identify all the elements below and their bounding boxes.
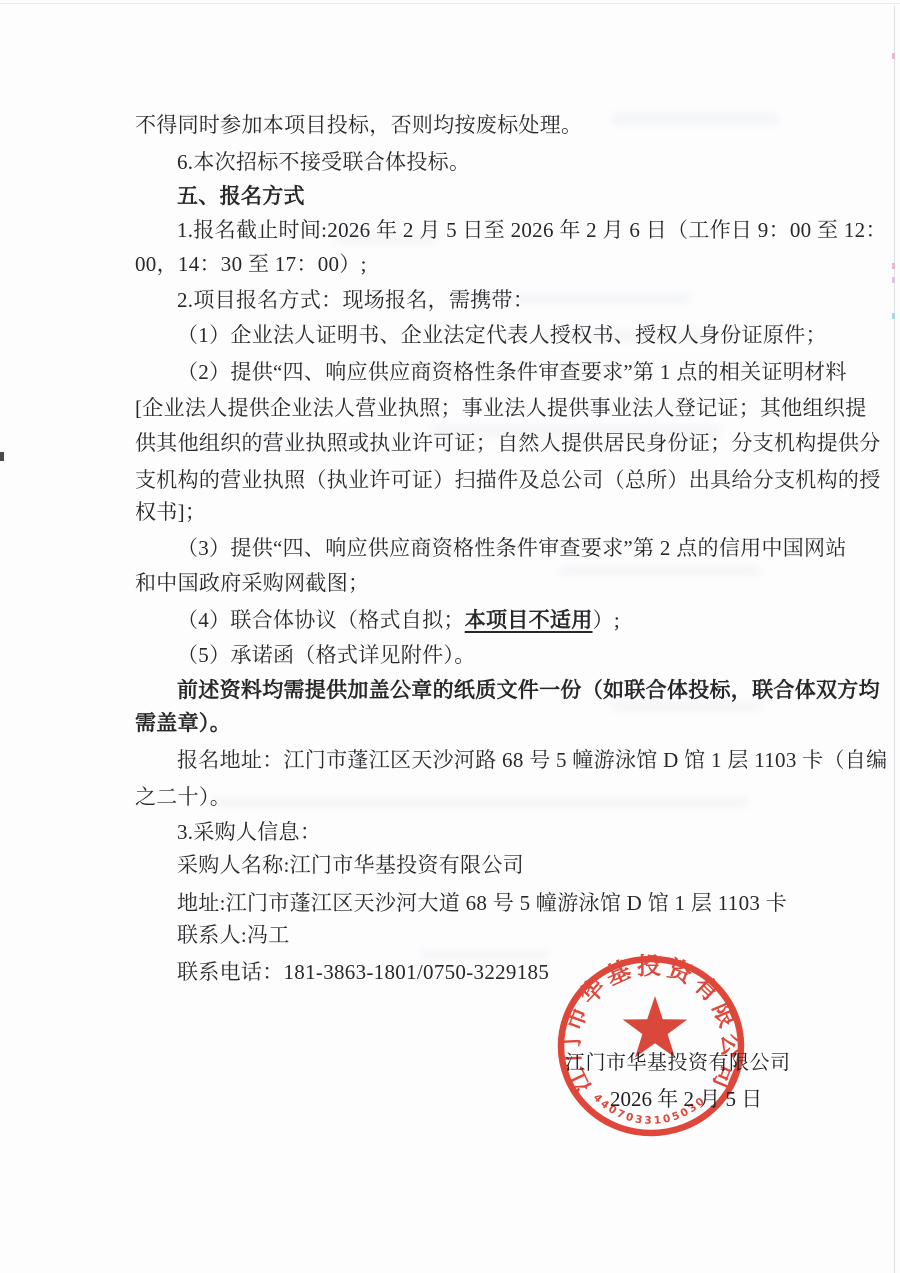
doc-line: 2.项目报名方式：现场报名，需携带： xyxy=(177,283,534,317)
scan-edge-mark xyxy=(892,277,895,283)
doc-line: （2）提供“四、响应供应商资格性条件审查要求”第 1 点的相关证明材料 xyxy=(177,355,847,389)
purchaser-name-line: 采购人名称:江门市华基投资有限公司 xyxy=(177,848,524,882)
doc-line: 权书]； xyxy=(135,495,206,529)
doc-line: （4）联合体协议（格式自拟；本项目不适用）; xyxy=(177,603,620,637)
scan-top-edge xyxy=(0,3,900,4)
doc-line: [企业法人提供企业法人营业执照；事业法人提供事业法人登记证；其他组织提 xyxy=(135,391,867,425)
signature-company: 江门市华基投资有限公司 xyxy=(565,1047,791,1079)
scan-edge-mark xyxy=(892,53,895,59)
document-page: 不得同时参加本项目投标，否则均按废标处理。 6.本次招标不接受联合体投标。 五、… xyxy=(0,0,900,1273)
doc-line: 不得同时参加本项目投标，否则均按废标处理。 xyxy=(135,108,582,142)
doc-line: 需盖章）。 xyxy=(135,706,231,740)
scan-edge-mark xyxy=(892,263,895,269)
doc-line-segment: （4）联合体协议（格式自拟； xyxy=(177,608,465,632)
scan-left-mark xyxy=(0,452,4,461)
scan-right-edge xyxy=(894,6,895,1273)
doc-line: 之二十）。 xyxy=(135,780,231,814)
doc-line: （5）承诺函（格式详见附件）。 xyxy=(177,638,476,672)
doc-line: 3.采购人信息： xyxy=(177,815,321,849)
section-heading: 五、报名方式 xyxy=(177,179,305,213)
company-seal: 江门市华基投资有限公司 4407033105030 xyxy=(551,946,751,1146)
doc-line: 00，14：30 至 17：00）; xyxy=(135,247,367,281)
doc-line: （1）企业法人证明书、企业法定代表人授权书、授权人身份证原件； xyxy=(177,318,827,352)
doc-line: 报名地址：江门市蓬江区天沙河路 68 号 5 幢游泳馆 D 馆 1 层 1103… xyxy=(177,743,887,777)
contact-phone-line: 联系电话：181-3863-1801/0750-3229185 xyxy=(177,955,549,989)
purchaser-address-line: 地址:江门市蓬江区天沙河大道 68 号 5 幢游泳馆 D 馆 1 层 1103 … xyxy=(177,886,787,920)
doc-line: 前述资料均需提供加盖公章的纸质文件一份（如联合体投标，联合体双方均 xyxy=(177,673,880,707)
doc-line: 供其他组织的营业执照或执业许可证；自然人提供居民身份证；分支机构提供分 xyxy=(135,426,881,460)
scan-edge-mark xyxy=(892,313,895,319)
contact-person-line: 联系人:冯工 xyxy=(177,918,290,952)
doc-line: 6.本次招标不接受联合体投标。 xyxy=(177,145,470,179)
doc-line: （3）提供“四、响应供应商资格性条件审查要求”第 2 点的信用中国网站 xyxy=(177,531,847,565)
signature-date: 2026 年 2 月 5 日 xyxy=(610,1083,762,1115)
doc-line-segment: ）; xyxy=(593,608,620,632)
bleed-smudge xyxy=(610,112,780,126)
doc-line: 支机构的营业执照（执业许可证）扫描件及总公司（总所）出具给分支机构的授 xyxy=(135,463,881,497)
doc-line: 和中国政府采购网截图； xyxy=(135,566,369,600)
bleed-smudge xyxy=(560,565,760,577)
bleed-smudge xyxy=(210,796,750,808)
doc-line: 1.报名截止时间:2026 年 2 月 5 日至 2026 年 2 月 6 日（… xyxy=(177,213,887,247)
not-applicable-emphasis: 本项目不适用 xyxy=(465,608,593,632)
